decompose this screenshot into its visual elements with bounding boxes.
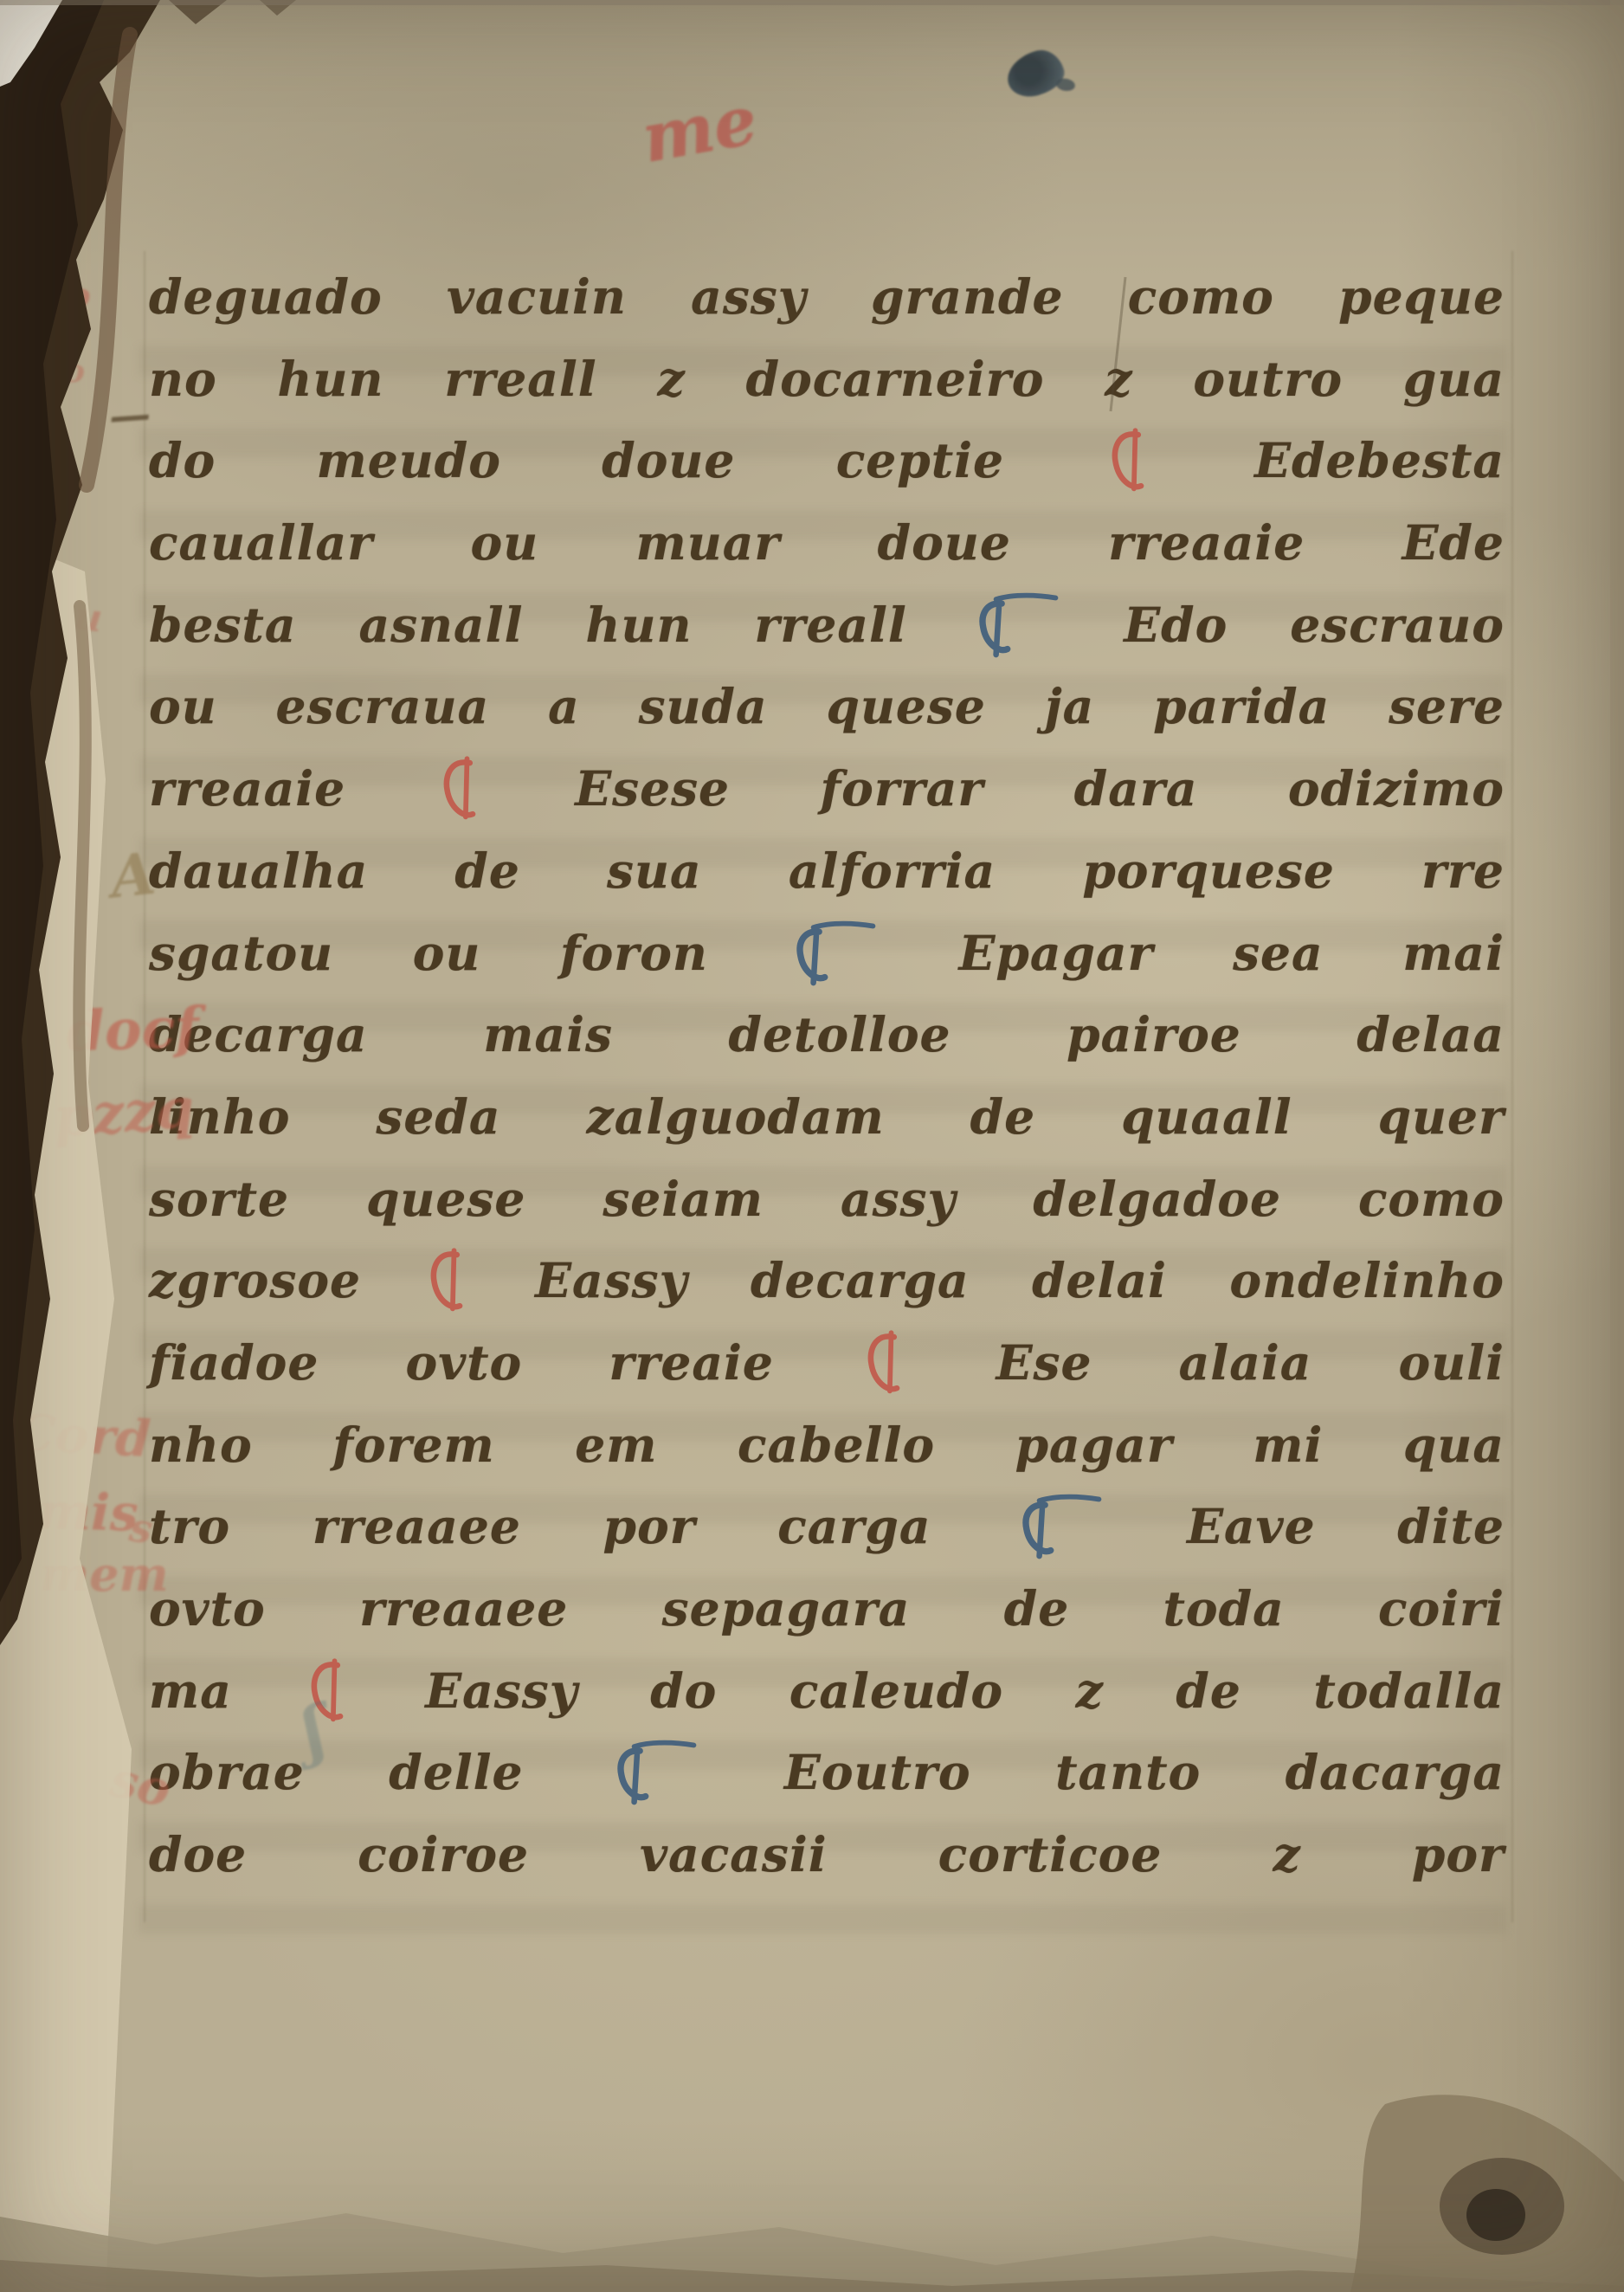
capitulum-mark-blue <box>792 916 877 987</box>
line-text: Eoutro tanto dacarga <box>784 1744 1505 1800</box>
line-text: obrae delle <box>149 1744 523 1800</box>
line-text: linho seda zalguodam de quaall quer <box>149 1088 1505 1145</box>
line-text: Edo escrauo <box>1124 597 1505 653</box>
line-text: decarga mais detolloe pairoe delaa <box>149 1006 1505 1062</box>
line-text: ma <box>149 1663 232 1719</box>
manuscript-line: no hun rreall z docarneiro z outro gua <box>149 339 1505 421</box>
manuscript-line: ou escraua a suda quese ja parida sere <box>149 666 1505 748</box>
capitulum-mark-red <box>441 752 480 823</box>
line-text: deguado vacuin assy grande como peque <box>149 268 1505 325</box>
line-text: ou escraua a suda quese ja parida sere <box>149 678 1505 734</box>
manuscript-line: zgrosoe Eassy decarga delai ondelinho <box>149 1240 1505 1322</box>
line-text: doe coiroe vacasii corticoe z por <box>149 1826 1505 1882</box>
capitulum-mark-red <box>1110 423 1148 494</box>
line-text: Eave dite <box>1187 1498 1505 1554</box>
ruling-line-right <box>1511 251 1513 1922</box>
manuscript-line: sgatou ou foron Epagar sea mai <box>149 913 1505 995</box>
manuscript-line: rreaaie Esese forrar dara odizimo <box>149 748 1505 830</box>
line-text: Eassy do caleudo z de todalla <box>425 1663 1505 1719</box>
manuscript-line: deguado vacuin assy grande como peque <box>149 256 1505 339</box>
capitulum-mark-blue <box>613 1735 698 1806</box>
line-text: sorte quese seiam assy delgadoe como <box>149 1171 1505 1227</box>
line-text: cauallar ou muar doue rreaaie Ede <box>149 514 1505 571</box>
manuscript-line: ovto rreaaee sepagara de toda coiri <box>149 1568 1505 1650</box>
manuscript-line: doe coiroe vacasii corticoe z por <box>149 1814 1505 1896</box>
line-text: nho forem em cabello pagar mi qua <box>149 1417 1505 1473</box>
line-text: daualha de sua alforria porquese rre <box>149 843 1505 899</box>
manuscript-line: obrae delle Eoutro tanto dacarga <box>149 1732 1505 1814</box>
line-text: Eassy decarga delai ondelinho <box>535 1252 1505 1308</box>
line-text: Edebesta <box>1254 432 1505 488</box>
manuscript-line: sorte quese seiam assy delgadoe como <box>149 1159 1505 1241</box>
manuscript-line: fiadoe ovto rreaie Ese alaia ouli <box>149 1322 1505 1404</box>
manuscript-line: decarga mais detolloe pairoe delaa <box>149 994 1505 1076</box>
line-text: sgatou ou foron <box>149 925 708 981</box>
line-text: ovto rreaaee sepagara de toda coiri <box>149 1580 1505 1637</box>
line-text: rreaaie <box>149 760 345 817</box>
capitulum-mark-red <box>866 1326 904 1397</box>
manuscript-line: linho seda zalguodam de quaall quer <box>149 1076 1505 1159</box>
manuscript-line: tro rreaaee por carga Eave dite <box>149 1486 1505 1568</box>
line-text: besta asnall hun rreall <box>149 597 907 653</box>
line-text: Ese alaia ouli <box>996 1334 1505 1391</box>
capitulum-mark-red <box>309 1654 347 1725</box>
manuscript-text-block: deguado vacuin assy grande como peque no… <box>149 256 1505 1896</box>
line-text: zgrosoe <box>149 1252 361 1308</box>
manuscript-line: nho forem em cabello pagar mi qua <box>149 1404 1505 1487</box>
manuscript-page-photo: me deguado vacuin assy grande como peque… <box>0 0 1624 2292</box>
line-text: tro rreaaee por carga <box>149 1498 931 1554</box>
manuscript-line: cauallar ou muar doue rreaaie Ede <box>149 502 1505 584</box>
line-text: Epagar sea mai <box>958 925 1505 981</box>
capitulum-mark-blue <box>1018 1489 1103 1560</box>
capitulum-mark-blue <box>975 588 1060 659</box>
capitulum-mark-red <box>429 1243 467 1314</box>
line-text: do meudo doue ceptie <box>149 432 1004 488</box>
manuscript-line: ma Eassy do caleudo z de todalla <box>149 1650 1505 1733</box>
manuscript-line: daualha de sua alforria porquese rre <box>149 830 1505 913</box>
manuscript-line: besta asnall hun rreall Edo escrauo <box>149 584 1505 667</box>
manuscript-line: do meudo doue ceptie Edebesta <box>149 420 1505 502</box>
line-text: Esese forrar dara odizimo <box>575 760 1505 817</box>
line-text: no hun rreall z docarneiro z outro gua <box>149 351 1505 407</box>
line-text: fiadoe ovto rreaie <box>149 1334 774 1391</box>
